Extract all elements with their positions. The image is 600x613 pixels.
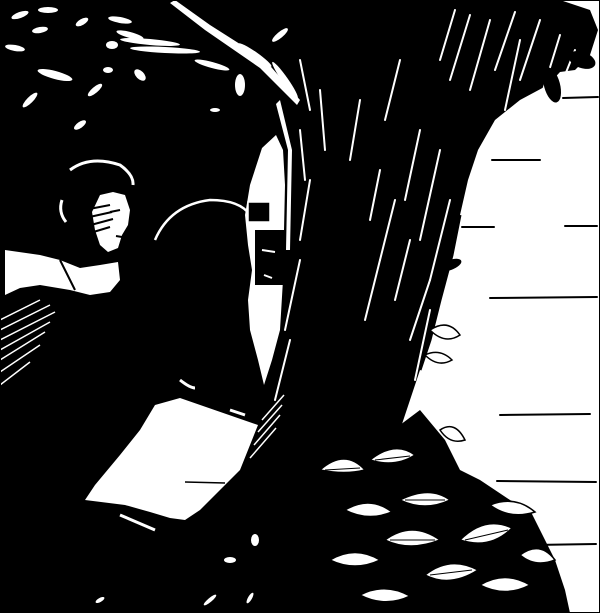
illustration: Two boys hiding behind a tree with a cam… xyxy=(0,0,600,613)
